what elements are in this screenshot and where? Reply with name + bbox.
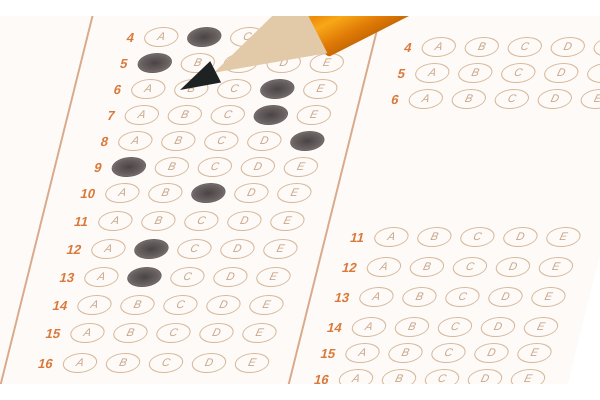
question-number: 6 <box>367 92 401 107</box>
question-row: 13ABCDE <box>316 284 577 310</box>
answer-bubble[interactable]: B <box>118 295 157 315</box>
question-number: 15 <box>29 326 63 341</box>
answer-bubble[interactable]: D <box>472 343 511 363</box>
answer-bubble[interactable]: D <box>225 211 264 231</box>
answer-bubble[interactable]: A <box>413 63 452 83</box>
question-number: 15 <box>304 346 338 361</box>
answer-bubble[interactable]: D <box>245 131 284 151</box>
question-row: 11ABCDE <box>331 224 592 250</box>
answer-bubble[interactable]: B <box>139 211 178 231</box>
answer-bubble[interactable]: A <box>75 295 114 315</box>
question-row: 8ABCDE <box>75 128 336 154</box>
question-row: 11ABCDE <box>55 208 316 234</box>
answer-bubble[interactable]: A <box>372 227 411 247</box>
answer-bubble[interactable]: B <box>456 63 495 83</box>
answer-bubble[interactable]: A <box>142 27 181 47</box>
answer-bubble[interactable]: C <box>505 37 544 57</box>
question-number: 16 <box>21 356 55 371</box>
answer-bubble[interactable]: A <box>364 257 403 277</box>
question-number: 8 <box>76 134 110 149</box>
answer-bubble[interactable]: C <box>443 287 482 307</box>
question-row: 12ABCDE <box>48 236 309 262</box>
answer-bubble[interactable]: C <box>499 63 538 83</box>
answer-bubble[interactable]: C <box>189 183 228 203</box>
answer-bubble[interactable]: B <box>125 267 164 287</box>
answer-bubble[interactable]: A <box>60 353 99 373</box>
answer-bubble[interactable]: C <box>450 257 489 277</box>
answer-bubble[interactable]: D <box>218 239 257 259</box>
answer-bubble[interactable]: D <box>211 267 250 287</box>
answer-bubble[interactable]: D <box>478 317 517 337</box>
answer-bubble[interactable]: D <box>535 89 574 109</box>
question-row: 9ABCDE <box>69 154 330 180</box>
answer-bubble[interactable]: C <box>458 227 497 247</box>
question-row: 14ABCDE <box>34 292 295 318</box>
answer-bubble[interactable]: C <box>168 267 207 287</box>
question-number: 4 <box>380 40 414 55</box>
question-number: 5 <box>373 66 407 81</box>
answer-bubble[interactable]: D <box>493 257 532 277</box>
question-number: 4 <box>102 30 136 45</box>
answer-bubble[interactable]: E <box>301 79 340 99</box>
answer-bubble[interactable]: D <box>542 63 581 83</box>
answer-bubble[interactable]: B <box>146 183 185 203</box>
answer-bubble[interactable]: D <box>548 37 587 57</box>
question-row: 6ABCDE <box>366 86 600 112</box>
answer-bubble[interactable]: A <box>343 343 382 363</box>
question-number: 6 <box>89 82 123 97</box>
answer-bubble[interactable]: B <box>449 89 488 109</box>
answer-bubble[interactable]: B <box>392 317 431 337</box>
answer-bubble[interactable]: E <box>240 323 279 343</box>
bottom-margin <box>0 384 600 400</box>
answer-bubble[interactable]: E <box>294 105 333 125</box>
answer-bubble[interactable]: C <box>435 317 474 337</box>
question-number: 14 <box>310 320 344 335</box>
answer-bubble[interactable]: B <box>152 157 191 177</box>
answer-bubble[interactable]: D <box>238 157 277 177</box>
answer-bubble[interactable]: B <box>111 323 150 343</box>
question-number: 11 <box>57 214 91 229</box>
answer-bubble[interactable]: E <box>529 287 568 307</box>
question-row: 10ABCDE <box>62 180 323 206</box>
question-row: 13ABCDE <box>41 264 302 290</box>
answer-bubble[interactable]: E <box>275 183 314 203</box>
answer-bubble[interactable]: B <box>103 353 142 373</box>
answer-bubble[interactable]: C <box>154 323 193 343</box>
photo: 4ABCDE5ABCDE6ABCDE7ABCDE8ABCDE9ABCDE10AB… <box>0 0 600 400</box>
answer-bubble[interactable]: B <box>159 131 198 151</box>
answer-bubble[interactable]: E <box>578 89 600 109</box>
answer-bubble[interactable]: A <box>109 157 148 177</box>
question-number: 13 <box>318 290 352 305</box>
answer-bubble[interactable]: E <box>288 131 327 151</box>
answer-bubble[interactable]: B <box>400 287 439 307</box>
question-number: 9 <box>70 160 104 175</box>
answer-bubble[interactable]: A <box>122 105 161 125</box>
answer-bubble[interactable]: C <box>161 295 200 315</box>
answer-bubble[interactable]: D <box>232 183 271 203</box>
question-number: 10 <box>64 186 98 201</box>
answer-bubble[interactable]: A <box>82 267 121 287</box>
answer-bubble[interactable]: E <box>585 63 600 83</box>
answer-bubble[interactable]: D <box>204 295 243 315</box>
answer-bubble[interactable]: E <box>515 343 554 363</box>
question-number: 5 <box>96 56 130 71</box>
answer-bubble[interactable]: D <box>189 353 228 373</box>
question-number: 13 <box>43 270 77 285</box>
answer-bubble[interactable]: E <box>232 353 271 373</box>
answer-bubble[interactable]: C <box>182 211 221 231</box>
answer-bubble[interactable]: B <box>407 257 446 277</box>
question-number: 11 <box>333 230 367 245</box>
question-row: 16ABCDE <box>20 350 281 376</box>
question-row: 15ABCDE <box>302 340 563 366</box>
answer-bubble[interactable]: B <box>386 343 425 363</box>
answer-bubble[interactable]: A <box>419 37 458 57</box>
answer-bubble[interactable]: D <box>501 227 540 247</box>
answer-bubble[interactable]: C <box>492 89 531 109</box>
answer-bubble[interactable]: E <box>268 211 307 231</box>
question-row: 15ABCDE <box>27 320 288 346</box>
answer-bubble[interactable]: A <box>129 79 168 99</box>
answer-bubble[interactable]: A <box>349 317 388 337</box>
top-margin <box>0 0 600 16</box>
answer-bubble[interactable]: A <box>406 89 445 109</box>
question-row: 12ABCDE <box>324 254 585 280</box>
answer-bubble[interactable]: A <box>357 287 396 307</box>
question-number: 12 <box>325 260 359 275</box>
answer-bubble[interactable]: E <box>254 267 293 287</box>
answer-bubble[interactable]: A <box>116 131 155 151</box>
answer-bubble[interactable]: C <box>175 239 214 259</box>
question-row: 14ABCDE <box>309 314 570 340</box>
question-number: 7 <box>83 108 117 123</box>
answer-bubble[interactable]: D <box>197 323 236 343</box>
answer-bubble[interactable]: E <box>536 257 575 277</box>
answer-bubble[interactable]: E <box>281 157 320 177</box>
answer-bubble[interactable]: E <box>591 37 600 57</box>
answer-bubble[interactable]: B <box>132 239 171 259</box>
answer-bubble[interactable]: B <box>415 227 454 247</box>
answer-bubble[interactable]: C <box>202 131 241 151</box>
answer-bubble[interactable]: D <box>486 287 525 307</box>
answer-bubble[interactable]: D <box>251 105 290 125</box>
answer-bubble[interactable]: E <box>544 227 583 247</box>
question-row: 5ABCDE <box>372 60 600 86</box>
answer-bubble[interactable]: C <box>429 343 468 363</box>
question-row: 4ABCDE <box>379 34 600 60</box>
answer-bubble[interactable]: A <box>89 239 128 259</box>
question-number: 12 <box>50 242 84 257</box>
answer-bubble[interactable]: E <box>521 317 560 337</box>
answer-bubble[interactable]: A <box>103 183 142 203</box>
answer-bubble[interactable]: C <box>146 353 185 373</box>
answer-bubble[interactable]: A <box>68 323 107 343</box>
answer-bubble[interactable]: E <box>261 239 300 259</box>
answer-bubble[interactable]: A <box>96 211 135 231</box>
answer-bubble[interactable]: C <box>195 157 234 177</box>
question-number: 14 <box>36 298 70 313</box>
answer-bubble[interactable]: B <box>462 37 501 57</box>
answer-bubble[interactable]: E <box>247 295 286 315</box>
